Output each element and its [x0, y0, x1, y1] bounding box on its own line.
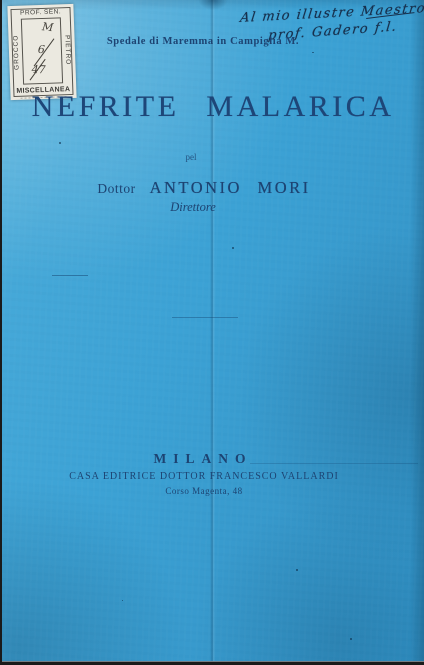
paper-speck	[122, 600, 123, 601]
author-line: Dottor ANTONIO MORI	[2, 178, 406, 198]
book-cover: PROF. SEN. GROCCO PIETRO MISCELLANEA M 6…	[2, 0, 424, 661]
institution-line: Spedale di Maremma in Campiglia M.	[2, 36, 404, 47]
byline-prefix: pel	[2, 152, 380, 162]
paper-mark	[52, 275, 88, 276]
author-role: Direttore	[2, 200, 384, 215]
author-prefix: Dottor	[97, 181, 135, 196]
imprint-publisher: CASA EDITRICE DOTTOR FRANCESCO VALLARDI	[2, 471, 406, 482]
paper-speck	[350, 638, 352, 640]
shelfmark-line: 47	[32, 63, 46, 76]
fold-crease-smudge	[198, 0, 228, 10]
cover-title: NEFRITE MALARICA	[2, 90, 424, 124]
shelfmark-line: M	[41, 20, 54, 34]
paper-speck	[59, 142, 61, 144]
library-stamp: PROF. SEN. GROCCO PIETRO MISCELLANEA M 6…	[7, 4, 76, 100]
paper-speck	[312, 52, 314, 53]
imprint-address: Corso Magenta, 48	[2, 486, 406, 496]
paper-mark	[172, 317, 238, 318]
imprint-city: MILANO	[2, 451, 404, 467]
photo-backdrop: PROF. SEN. GROCCO PIETRO MISCELLANEA M 6…	[0, 0, 424, 665]
paper-speck	[296, 569, 298, 571]
paper-speck	[232, 247, 234, 249]
author-name: ANTONIO MORI	[150, 178, 311, 197]
stamp-shelfmark: M 6 47	[22, 18, 62, 83]
